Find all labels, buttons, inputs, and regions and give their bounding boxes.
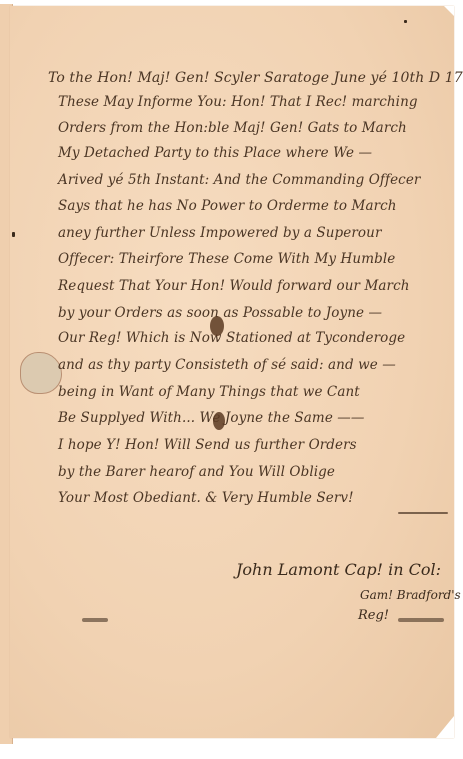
letter-heading: To the Hon! Maj! Gen! Scyler Saratoge Ju… bbox=[48, 70, 463, 86]
body-line: being in Want of Many Things that we Can… bbox=[58, 384, 360, 400]
body-line: aney further Unless Impowered by a Super… bbox=[58, 225, 382, 241]
ink-speck bbox=[404, 20, 407, 23]
body-line: by the Barer hearof and You Will Oblige bbox=[58, 464, 335, 480]
ink-blot bbox=[213, 412, 225, 430]
body-line: I hope Y! Hon! Will Send us further Orde… bbox=[58, 437, 357, 453]
body-line: Request That Your Hon! Would forward our… bbox=[58, 278, 410, 294]
ink-mark bbox=[82, 618, 108, 622]
body-line: These May Informe You: Hon! That I Rec! … bbox=[58, 94, 418, 110]
signature-name: John Lamont Cap! in Col: bbox=[236, 560, 441, 579]
body-line: Orders from the Hon:ble Maj! Gen! Gats t… bbox=[58, 120, 407, 136]
signature-regiment: Gam! Bradford's bbox=[360, 588, 461, 602]
signature-reg: Reg! bbox=[358, 608, 389, 623]
body-line: My Detached Party to this Place where We… bbox=[58, 145, 372, 161]
body-line: and as thy party Consisteth of sé said: … bbox=[58, 357, 396, 373]
body-line: Be Supplyed With... We Joyne the Same —— bbox=[58, 410, 365, 426]
ink-speck bbox=[12, 232, 15, 237]
torn-corner-top bbox=[444, 6, 454, 16]
body-line: Our Reg! Which is Now Stationed at Tycon… bbox=[58, 330, 405, 346]
body-line: Your Most Obediant. & Very Humble Serv! bbox=[58, 490, 354, 506]
folded-corner bbox=[436, 716, 454, 738]
underline-flourish bbox=[398, 512, 448, 514]
body-line: Offecer: Theirfore These Come With My Hu… bbox=[58, 251, 395, 267]
signature-flourish bbox=[398, 618, 444, 622]
wax-seal-remnant bbox=[20, 352, 62, 394]
body-line: Says that he has No Power to Orderme to … bbox=[58, 198, 397, 214]
body-line: Arived yé 5th Instant: And the Commandin… bbox=[58, 172, 421, 188]
ink-blot bbox=[210, 316, 224, 336]
